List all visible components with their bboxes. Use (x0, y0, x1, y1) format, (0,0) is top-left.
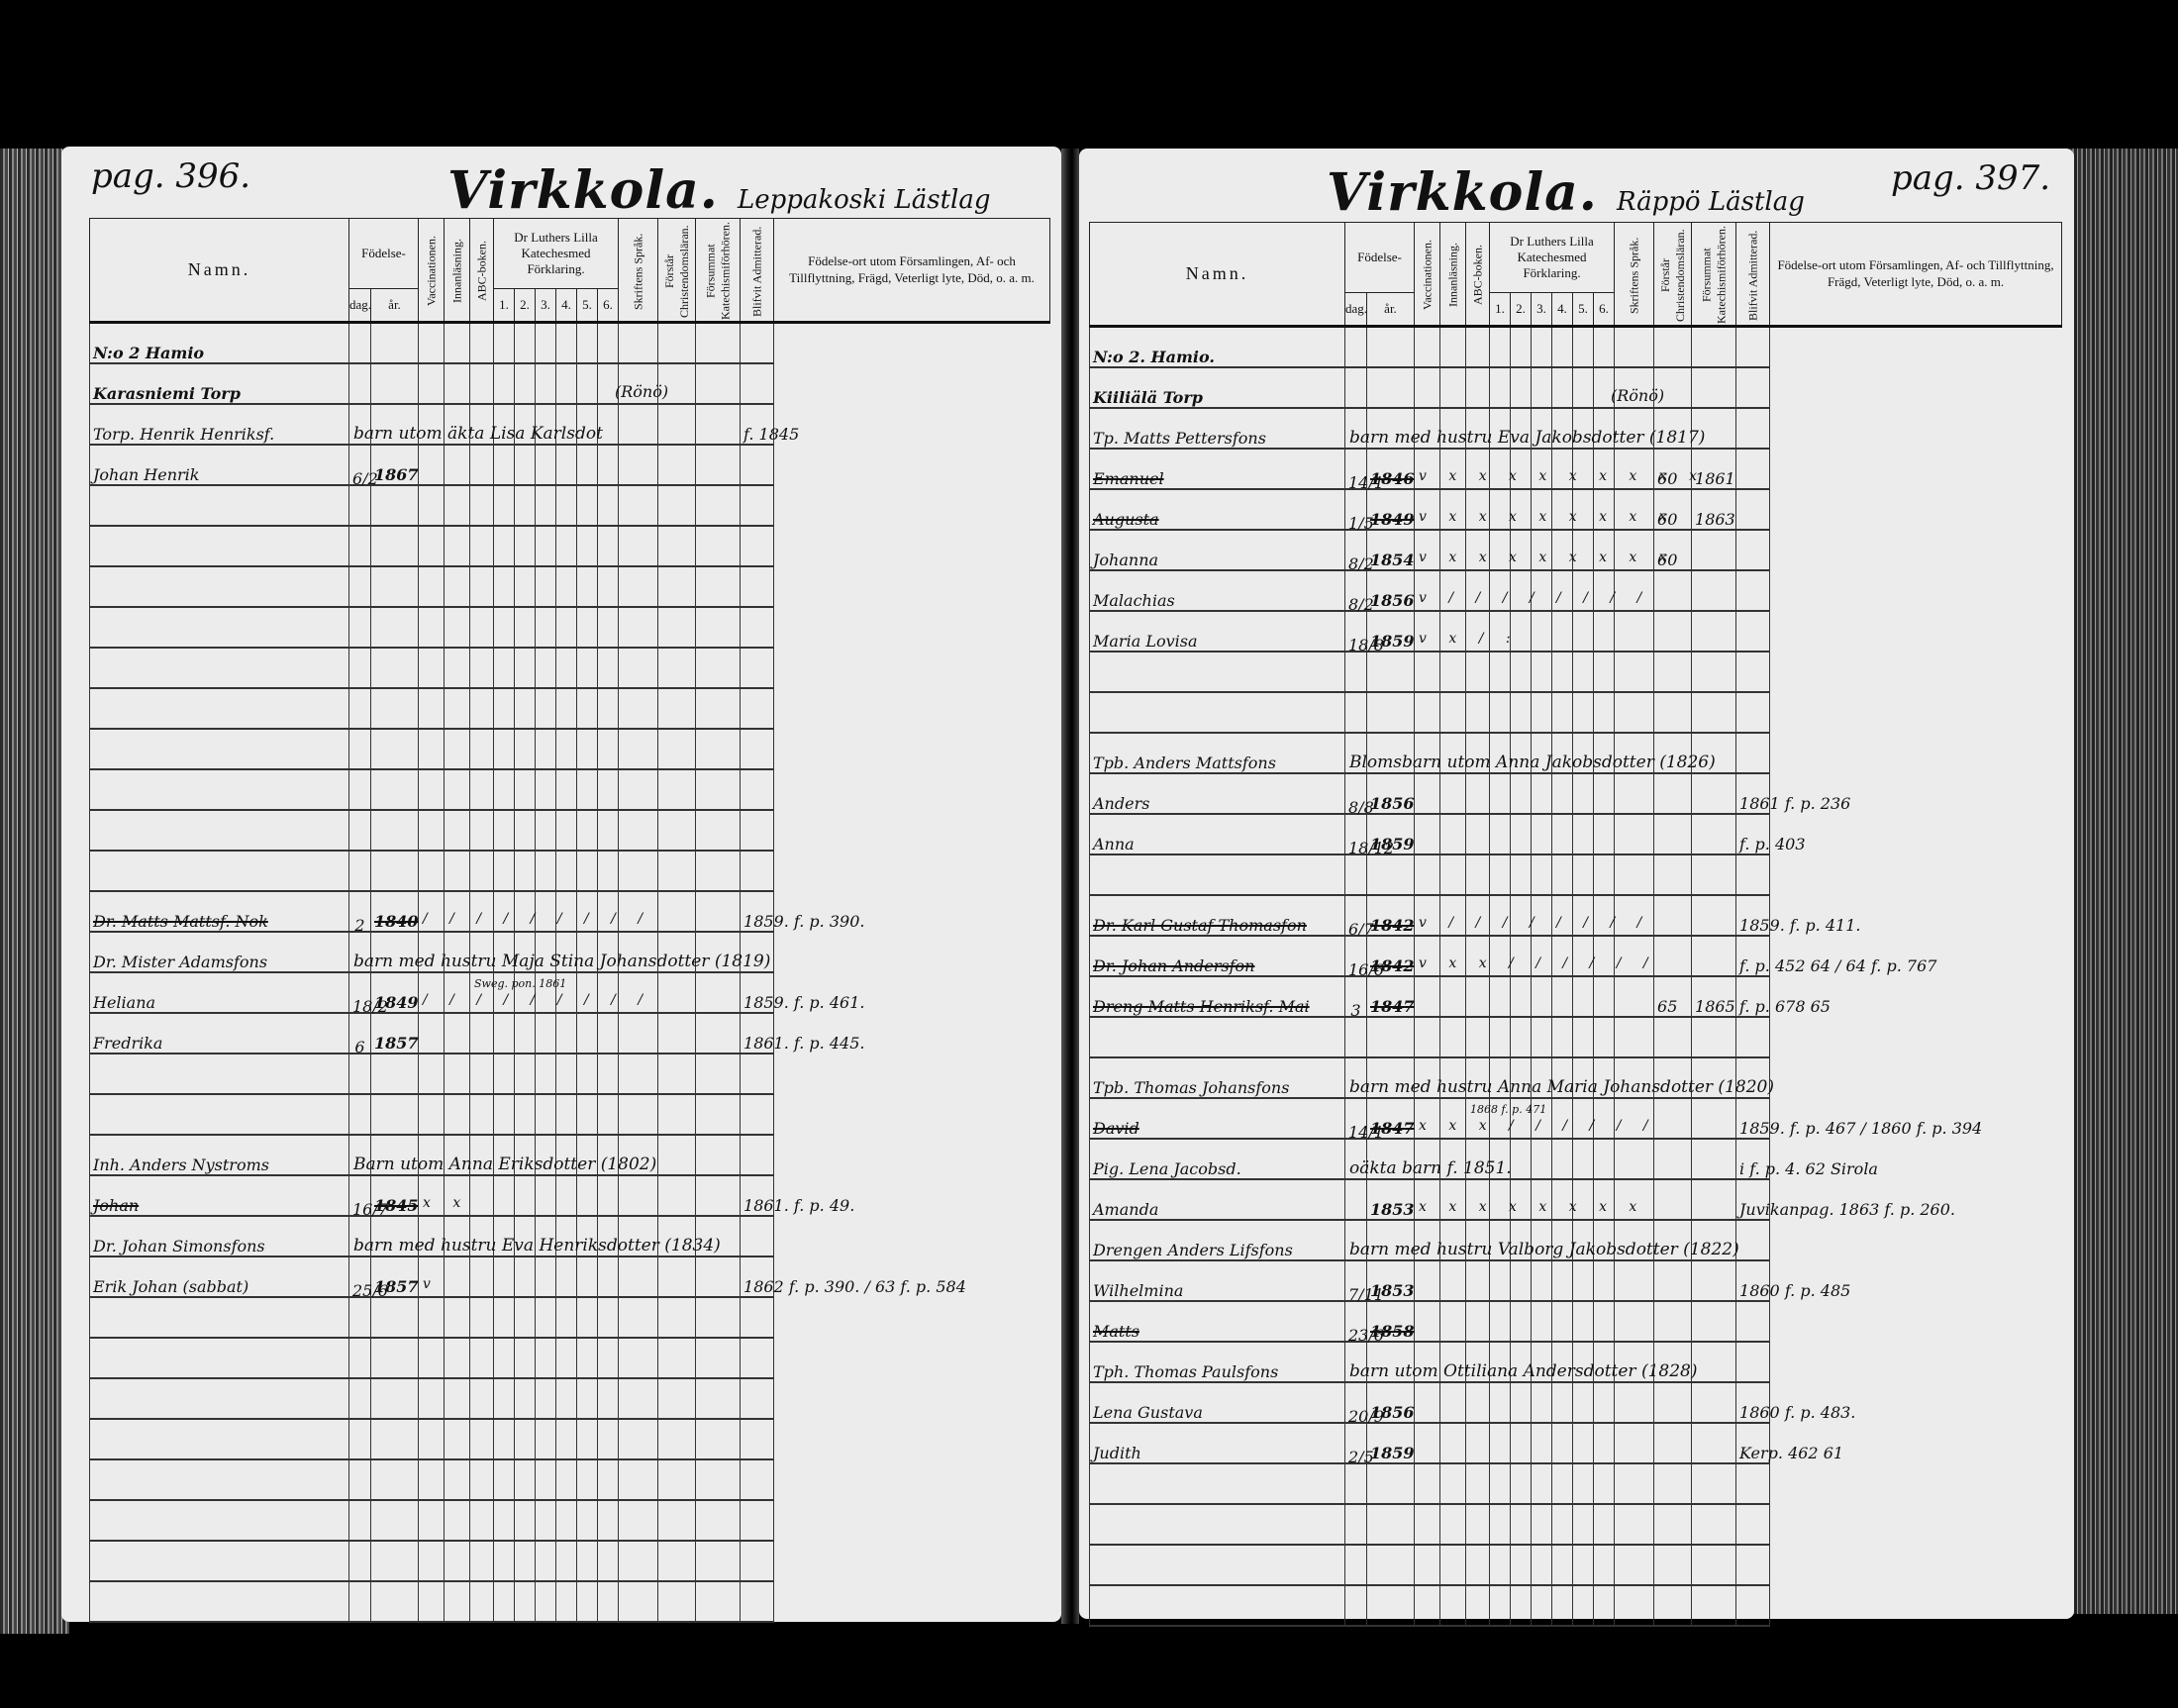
confschool-cell (1654, 1423, 1692, 1463)
table-row (90, 769, 1050, 810)
mark-cell (1466, 1382, 1490, 1423)
col-day-header: dag. (349, 289, 371, 323)
mark-cell (494, 323, 515, 364)
birth-day-cell (1345, 1585, 1367, 1626)
mark-cell (1466, 1463, 1490, 1504)
admitted-cell (696, 851, 741, 891)
birth-year-cell: 1849 (1367, 489, 1415, 530)
remarks-cell (1736, 1220, 1770, 1260)
mark-cell (494, 1459, 515, 1500)
mark-cell (1573, 327, 1594, 368)
doctrine-cell (1615, 976, 1654, 1017)
name-cell (90, 1419, 349, 1459)
birth-day-cell (1345, 327, 1367, 368)
confschool-cell (658, 1054, 696, 1094)
mark-cell (1573, 814, 1594, 854)
mark-cell (1552, 1017, 1573, 1057)
mark-cell (577, 1378, 598, 1419)
name-cell (90, 1094, 349, 1135)
book-edge-left (0, 149, 69, 1634)
mark-cell (1490, 1260, 1511, 1301)
mark-cell (470, 607, 494, 648)
remarks-cell: f. p. 403 (1736, 814, 1770, 854)
confschool-cell (658, 1419, 696, 1459)
name-cell: Fredrika (90, 1013, 349, 1054)
birth-day-cell (349, 1297, 371, 1338)
vaccination-cell (419, 566, 445, 607)
admitted-cell (696, 1094, 741, 1135)
mark-cell (1532, 1423, 1552, 1463)
confschool-cell (1654, 1382, 1692, 1423)
table-body: N:o 2 HamioKarasniemi Torp(Rönö)Torp. He… (90, 323, 1050, 1623)
mark-cell (598, 1541, 619, 1581)
confschool-cell (658, 1541, 696, 1581)
mark-cell (598, 1094, 619, 1135)
confschool-cell (658, 1338, 696, 1378)
birth-year-cell (1367, 1545, 1415, 1585)
birth-day-cell (1345, 652, 1367, 692)
table-row: Torp. Henrik Henriksf.barn utom äkta Lis… (90, 404, 1050, 445)
mark-cell (1440, 367, 1466, 408)
mark-cell (1594, 327, 1615, 368)
admitted-cell (1692, 327, 1736, 368)
mark-cell (556, 363, 577, 404)
doctrine-cell (1615, 1545, 1654, 1585)
admitted-cell (696, 769, 741, 810)
confschool-cell (658, 485, 696, 526)
mark-cell (445, 1297, 470, 1338)
mark-cell (470, 1297, 494, 1338)
birth-year-cell (1367, 854, 1415, 895)
birth-day-cell (349, 1581, 371, 1622)
mark-cell (470, 688, 494, 729)
mark-cell (1573, 773, 1594, 814)
remarks-cell (741, 1541, 774, 1581)
mark-cell (1511, 1423, 1532, 1463)
doctrine-cell (619, 526, 658, 566)
name-cell (1090, 1545, 1345, 1585)
mark-cell (536, 1419, 556, 1459)
vaccination-cell (1415, 814, 1440, 854)
mark-cell (494, 648, 515, 688)
mark-cell (445, 1378, 470, 1419)
birth-day-cell (349, 1419, 371, 1459)
mark-cell (1440, 773, 1466, 814)
mark-cell (577, 851, 598, 891)
mark-cell (577, 1338, 598, 1378)
doctrine-cell (1615, 1382, 1654, 1423)
mark-cell (556, 1338, 577, 1378)
remarks-cell: i f. p. 4. 62 Sirola (1736, 1139, 1770, 1179)
mark-cell (494, 729, 515, 769)
family-note: Barn utom Anna Eriksdotter (1802) (353, 1159, 656, 1170)
admitted-cell (1692, 1260, 1736, 1301)
confschool-cell (1654, 1301, 1692, 1342)
confschool-cell (1654, 692, 1692, 733)
admitted-cell (1692, 1139, 1736, 1179)
mark-cell (494, 851, 515, 891)
mark-cell (1594, 1463, 1615, 1504)
mark-cell (536, 810, 556, 851)
mark-cell (1466, 1017, 1490, 1057)
birth-day-cell: 2 (349, 891, 371, 932)
birth-day-cell (349, 1094, 371, 1135)
mark-cell (1532, 1545, 1552, 1585)
table-row: Dr. Johan Andersfon16/61842v x x / / / /… (1090, 936, 2062, 976)
mark-cell (1511, 773, 1532, 814)
table-row (90, 1094, 1050, 1135)
name-cell: Kiiliälä Torp (1090, 367, 1345, 408)
admitted-cell (696, 485, 741, 526)
mark-cell (1466, 1504, 1490, 1545)
mark-cell (1532, 773, 1552, 814)
mark-cell (577, 566, 598, 607)
birth-day-cell (349, 851, 371, 891)
mark-cell (1440, 1545, 1466, 1585)
doctrine-cell (619, 688, 658, 729)
table-row (1090, 1504, 2062, 1545)
mark-cell (577, 1256, 598, 1297)
mark-cell (515, 607, 536, 648)
mark-cell (556, 729, 577, 769)
vaccination-cell (419, 1013, 445, 1054)
remarks-cell (1736, 1463, 1770, 1504)
mark-cell (598, 1338, 619, 1378)
mark-cell (536, 445, 556, 485)
remarks-cell: f. p. 452 64 / 64 f. p. 767 (1736, 936, 1770, 976)
mark-cell (577, 607, 598, 648)
birth-year-cell (371, 688, 419, 729)
mark-cell (536, 1297, 556, 1338)
remarks-cell (741, 1297, 774, 1338)
mark-cell (470, 323, 494, 364)
mark-cell (556, 1297, 577, 1338)
mark-cell (470, 769, 494, 810)
vaccination-cell (419, 688, 445, 729)
mark-cell (598, 1297, 619, 1338)
confschool-cell (658, 769, 696, 810)
table-row: Johan Henrik6/21867 (90, 445, 1050, 485)
name-cell: Inh. Anders Nystroms (90, 1135, 349, 1175)
admitted-cell: 1865 (1692, 976, 1736, 1017)
name-cell (1090, 1463, 1345, 1504)
doctrine-cell (619, 1419, 658, 1459)
admitted-cell (1692, 570, 1736, 611)
parish-name: Virkkola. (447, 160, 719, 221)
birth-year-cell (371, 729, 419, 769)
table-row: David14/11847x x x / / / / / /1868 f. p.… (1090, 1098, 2062, 1139)
name-cell: N:o 2. Hamio. (1090, 327, 1345, 368)
mark-cell (515, 688, 536, 729)
confschool-cell (1654, 814, 1692, 854)
mark-cell (1532, 976, 1552, 1017)
mark-cell (470, 1338, 494, 1378)
mark-cell (494, 1419, 515, 1459)
mark-cell (1594, 854, 1615, 895)
doctrine-cell (1615, 773, 1654, 814)
doctrine-cell (1615, 367, 1654, 408)
mark-cell (536, 526, 556, 566)
confschool-cell (658, 1378, 696, 1419)
table-row (90, 485, 1050, 526)
mark-cell (1490, 327, 1511, 368)
name-cell: David (1090, 1098, 1345, 1139)
remarks-cell (741, 729, 774, 769)
birth-day-cell: barn med hustru Eva Jakobsdotter (1817) (1345, 408, 1367, 449)
mark-cell (1594, 976, 1615, 1017)
mark-cell (470, 851, 494, 891)
mark-cell (536, 1256, 556, 1297)
confschool-cell (658, 607, 696, 648)
birth-year-cell: 1853 (1367, 1179, 1415, 1220)
confschool-cell (658, 851, 696, 891)
remarks-cell: 1859. f. p. 467 / 1860 f. p. 394 (1736, 1098, 1770, 1139)
mark-cell (598, 1256, 619, 1297)
doctrine-cell (1615, 854, 1654, 895)
birth-day-cell: 6 (349, 1013, 371, 1054)
admitted-cell (1692, 1545, 1736, 1585)
mark-cell (556, 1541, 577, 1581)
mark-cell (470, 566, 494, 607)
mark-cell (1440, 652, 1466, 692)
mark-cell (470, 1419, 494, 1459)
table-row: Malachias8/21856v / / / / / / / / (1090, 570, 2062, 611)
mark-cell (515, 323, 536, 364)
mark-cell (1573, 1423, 1594, 1463)
mark-cell (1594, 611, 1615, 652)
table-row: Lena Gustava20/918561860 f. p. 483. (1090, 1382, 2062, 1423)
birth-day-cell: barn med hustru Maja Stina Johansdotter … (349, 932, 371, 972)
doctrine-cell (619, 729, 658, 769)
mark-cell (1594, 1017, 1615, 1057)
family-note: barn utom äkta Lisa Karlsdot (353, 429, 603, 440)
confschool-cell (1654, 854, 1692, 895)
catechism-marks: v x / : (1419, 631, 1520, 647)
remarks-cell (1736, 1504, 1770, 1545)
birth-year-cell (371, 1054, 419, 1094)
confschool-cell (1654, 570, 1692, 611)
col-reading-header: Innanläsning. (445, 219, 470, 323)
vaccination-cell (419, 323, 445, 364)
birth-day-cell: 1/5 (1345, 489, 1367, 530)
mark-cell (556, 1256, 577, 1297)
remarks-cell (741, 1216, 774, 1256)
admitted-cell (696, 648, 741, 688)
table-row (1090, 692, 2062, 733)
book-edge-right (2069, 149, 2178, 1614)
name-cell: Erik Johan (sabbat) (90, 1256, 349, 1297)
family-note: Blomsbarn utom Anna Jakobsdotter (1826) (1349, 757, 1716, 768)
vaccination-cell (419, 1500, 445, 1541)
table-row (90, 607, 1050, 648)
table-row: Maria Lovisa18/81859v x / : (1090, 611, 2062, 652)
name-cell (90, 485, 349, 526)
mark-cell (1490, 976, 1511, 1017)
admitted-cell (696, 972, 741, 1013)
table-row: Anna18/121859f. p. 403 (1090, 814, 2062, 854)
mark-cell (515, 1378, 536, 1419)
vaccination-cell: v x / : (1415, 611, 1440, 652)
remarks-cell (1736, 652, 1770, 692)
name-cell (90, 1338, 349, 1378)
mark-cell (1573, 854, 1594, 895)
mark-cell (494, 1581, 515, 1622)
birth-day-cell: 6/7 (1345, 895, 1367, 936)
doctrine-cell (619, 851, 658, 891)
admitted-cell (696, 729, 741, 769)
catechism-marks: x x x x x x x x (1419, 1199, 1645, 1215)
mark-cell (494, 1541, 515, 1581)
mark-cell (515, 1541, 536, 1581)
confschool-cell (658, 648, 696, 688)
mark-cell (1466, 367, 1490, 408)
remarks-cell: 1862 f. p. 390. / 63 f. p. 584 (741, 1256, 774, 1297)
birth-year-cell (1367, 692, 1415, 733)
doctrine-cell (1615, 1423, 1654, 1463)
birth-day-cell: 16/6 (1345, 936, 1367, 976)
table-row: Johan16/71845x x1861. f. p. 49. (90, 1175, 1050, 1216)
birth-year-cell (371, 1459, 419, 1500)
col-scripture-header: Skriftens Språk. (619, 219, 658, 323)
confschool-cell (1654, 1463, 1692, 1504)
mark-cell (470, 648, 494, 688)
mark-cell (556, 526, 577, 566)
vaccination-cell (1415, 1545, 1440, 1585)
doctrine-cell (619, 566, 658, 607)
vaccination-cell (1415, 976, 1440, 1017)
vaccination-cell: x x (419, 1175, 445, 1216)
remarks-cell (741, 1094, 774, 1135)
mark-cell (577, 1297, 598, 1338)
table-row: N:o 2. Hamio. (1090, 327, 2062, 368)
name-cell: Johan Henrik (90, 445, 349, 485)
catechism-marks: / / / / / / / / / (423, 911, 651, 927)
vaccination-cell (419, 1054, 445, 1094)
table-row (1090, 1545, 2062, 1585)
birth-day-cell: 18/12 (1345, 814, 1367, 854)
col-abc-header: ABC-boken. (470, 219, 494, 323)
doctrine-cell (619, 404, 658, 445)
mark-cell (1511, 652, 1532, 692)
vaccination-cell (1415, 652, 1440, 692)
mark-cell (1440, 1585, 1466, 1626)
confschool-cell (658, 363, 696, 404)
birth-day-cell (349, 1541, 371, 1581)
confschool-cell (658, 972, 696, 1013)
mark-cell (1511, 1504, 1532, 1545)
mark-cell (515, 1094, 536, 1135)
mark-cell (1552, 1504, 1573, 1545)
table-row (1090, 1585, 2062, 1626)
confschool-cell (658, 891, 696, 932)
mark-cell (536, 566, 556, 607)
mark-cell (1466, 692, 1490, 733)
mark-cell (1490, 1301, 1511, 1342)
admitted-cell (1692, 1179, 1736, 1220)
village-name: Räppö Lästlag (1617, 187, 1805, 217)
mark-cell (556, 1013, 577, 1054)
mark-cell (494, 1500, 515, 1541)
mark-cell (1490, 692, 1511, 733)
birth-year-cell (371, 810, 419, 851)
confschool-cell (1654, 1504, 1692, 1545)
admitted-cell (696, 1135, 741, 1175)
mark-cell (556, 688, 577, 729)
birth-year-cell (1367, 1504, 1415, 1545)
mark-cell (515, 810, 536, 851)
mark-cell (470, 526, 494, 566)
mark-cell (1466, 1301, 1490, 1342)
birth-day-cell: 18/2 (349, 972, 371, 1013)
birth-day-cell (1345, 1179, 1367, 1220)
confschool-cell (658, 526, 696, 566)
admitted-cell (1692, 854, 1736, 895)
table-row: Dreng Matts Henriksf. Mai31847651865f. p… (1090, 976, 2062, 1017)
mark-cell (1552, 1545, 1573, 1585)
mark-cell (536, 769, 556, 810)
confschool-cell (1654, 367, 1692, 408)
birth-year-cell (1367, 652, 1415, 692)
confschool-cell (1654, 1098, 1692, 1139)
birth-day-cell (349, 769, 371, 810)
remarks-cell (1736, 733, 1770, 773)
mark-cell (470, 1175, 494, 1216)
vaccination-cell (419, 851, 445, 891)
name-cell: Tph. Thomas Paulsfons (1090, 1342, 1345, 1382)
table-row: Judith2/51859Kerp. 462 61 (1090, 1423, 2062, 1463)
vaccination-cell (419, 648, 445, 688)
mark-cell (1532, 611, 1552, 652)
doctrine-cell (619, 648, 658, 688)
birth-year-cell: 1859 (1367, 611, 1415, 652)
birth-day-cell (349, 566, 371, 607)
mark-cell (470, 1581, 494, 1622)
remarks-cell (741, 1459, 774, 1500)
vaccination-cell (419, 1094, 445, 1135)
mark-cell (577, 688, 598, 729)
vaccination-cell (1415, 692, 1440, 733)
remarks-cell (741, 851, 774, 891)
remarks-cell (1736, 408, 1770, 449)
table-row: Wilhelmina7/1118531860 f. p. 485 (1090, 1260, 2062, 1301)
vaccination-cell (419, 729, 445, 769)
admitted-cell (1692, 611, 1736, 652)
mark-cell (1511, 1017, 1532, 1057)
mark-cell (470, 445, 494, 485)
mark-cell (470, 1459, 494, 1500)
remarks-cell (1736, 1017, 1770, 1057)
mark-cell (598, 810, 619, 851)
vaccination-cell (1415, 1504, 1440, 1545)
birth-day-cell (349, 1378, 371, 1419)
page-title: Virkkola. Räppö Lästlag (1327, 162, 1805, 223)
mark-cell (1532, 854, 1552, 895)
remarks-cell: 1859. f. p. 461. (741, 972, 774, 1013)
mark-cell (515, 1297, 536, 1338)
mark-cell (1466, 854, 1490, 895)
mark-cell (1594, 773, 1615, 814)
mark-cell (1594, 1504, 1615, 1545)
mark-cell (577, 729, 598, 769)
mark-cell (1552, 976, 1573, 1017)
table-row: Karasniemi Torp(Rönö) (90, 363, 1050, 404)
mark-cell (515, 769, 536, 810)
mark-cell (536, 851, 556, 891)
doctrine-cell (619, 1054, 658, 1094)
mark-cell (598, 485, 619, 526)
name-cell: Dreng Matts Henriksf. Mai (1090, 976, 1345, 1017)
mark-cell (515, 363, 536, 404)
